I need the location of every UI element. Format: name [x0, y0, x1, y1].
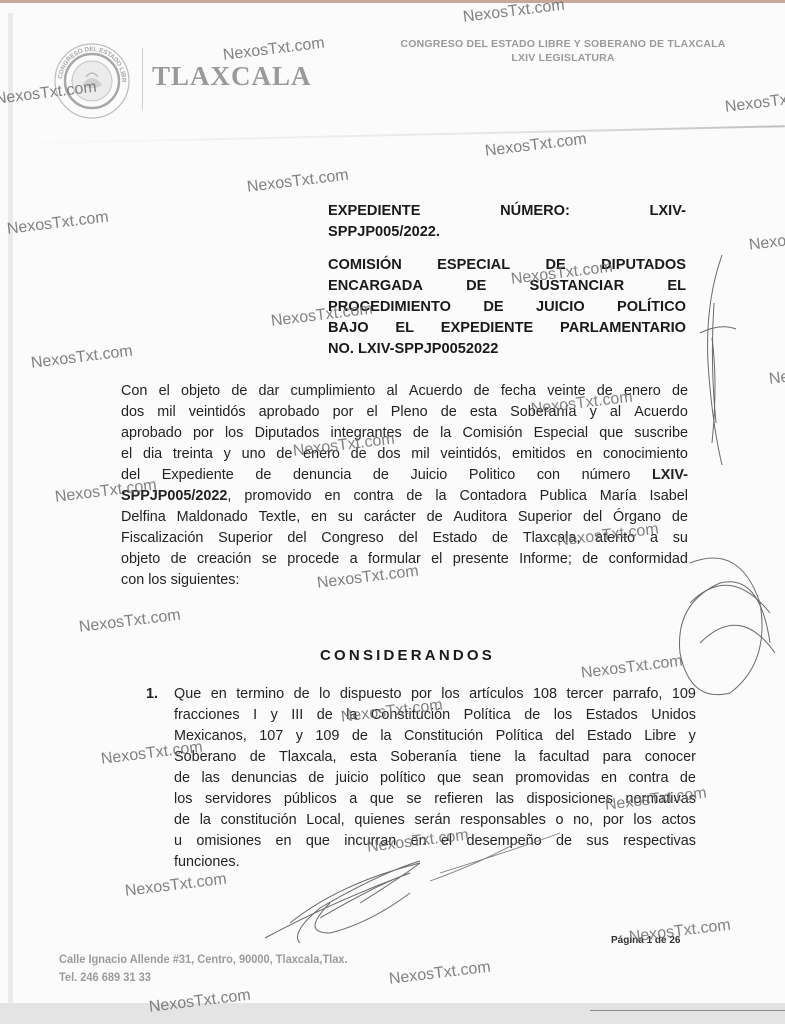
paragraph-line: DelfinaMaldonadoTextle,ensucarácterdeAud… [121, 507, 688, 528]
paragraph-line: dosmilveintidósaprobadoporelPlenodeestaS… [121, 402, 688, 423]
item-line: Mexicanos,107y109delaConstituciónPolític… [174, 726, 696, 747]
document-page: CONGRESO DEL ESTADO LIBRE Y SOBERANO TLA… [0, 3, 785, 1003]
paragraph-line: ConelobjetodedarcumplimientoalAcuerdodef… [121, 381, 688, 402]
footer-phone: Tel. 246 689 31 33 [59, 968, 348, 986]
item-line: fraccionesIyIIIdelaConstituciónPolíticad… [174, 705, 696, 726]
watermark: NexosTxt.com [30, 343, 134, 373]
watermark: NexosTxt.com [768, 359, 785, 389]
item-line: losservidorespúblicosaqueserefierenlasdi… [174, 789, 696, 810]
brand-title: TLAXCALA [152, 61, 312, 92]
institution-line-1: CONGRESO DEL ESTADO LIBRE Y SOBERANO DE … [373, 37, 753, 51]
paragraph-line: eldiatreintayunodeenerodedosmilveintidós… [121, 444, 688, 465]
institution-line-2: LXIV LEGISLATURA [373, 51, 753, 65]
case-heading: EXPEDIENTE NÚMERO: LXIV- SPPJP005/2022. … [328, 201, 686, 360]
watermark: NexosTxt.com [246, 167, 350, 197]
watermark: NexosTxt.com [462, 0, 566, 27]
item-text: Queenterminodelodispuestoporlosartículos… [174, 684, 696, 873]
institution-name: CONGRESO DEL ESTADO LIBRE Y SOBERANO DE … [373, 37, 753, 65]
footer-address: Calle Ignacio Allende #31, Centro, 90000… [59, 950, 348, 968]
paragraph-line: FiscalizaciónSuperiordelCongresodelEstad… [121, 528, 688, 549]
bottom-background: NexosTxt.com [0, 1003, 785, 1024]
considerando-item: 1. Queenterminodelodispuestoporlosartícu… [148, 684, 696, 873]
item-line: funciones. [174, 852, 696, 873]
paragraph-line: delExpedientededenunciadeJuicioPoliticoc… [121, 465, 688, 486]
item-line: Queenterminodelodispuestoporlosartículos… [174, 684, 696, 705]
paragraph-line: con los siguientes: [121, 570, 688, 591]
watermark: NexosTxt.com [6, 209, 110, 239]
congress-seal-icon: CONGRESO DEL ESTADO LIBRE Y SOBERANO [52, 41, 132, 121]
section-title: CONSIDERANDOS [0, 647, 785, 664]
watermark: NexosTxt.com [484, 131, 588, 161]
page-edge [8, 13, 13, 1003]
expediente-number: SPPJP005/2022. [328, 222, 686, 243]
page-number: Página 1 de 26 [611, 935, 680, 946]
watermark: NexosTxt.com [124, 871, 228, 901]
commission-line: COMISIÓNESPECIALDEDIPUTADOS [328, 255, 686, 276]
commission-line: BAJOELEXPEDIENTEPARLAMENTARIO [328, 318, 686, 339]
watermark: NexosTxt.com [748, 225, 785, 255]
item-line: uomisionesenqueincurraneneldesempeñodesu… [174, 831, 696, 852]
watermark: NexosTxt.com [388, 959, 492, 989]
footer-address-block: Calle Ignacio Allende #31, Centro, 90000… [59, 950, 348, 986]
watermark: NexosTxt.com [724, 87, 785, 117]
expediente-line: EXPEDIENTE NÚMERO: LXIV- [328, 201, 686, 222]
item-line: delasdenunciasdejuiciopolíticoqueseanpro… [174, 768, 696, 789]
commission-line: ENCARGADADESUSTANCIAREL [328, 276, 686, 297]
item-line: SoberanodeTlaxcala,estaSoberaníatienelaf… [174, 747, 696, 768]
watermark: NexosTxt.com [78, 607, 182, 637]
paragraph-line: aprobadoporlosDiputadosintegrantesdelaCo… [121, 423, 688, 444]
header-divider [142, 48, 143, 110]
paragraph-line: objetodecreaciónseprocedeaformularelpres… [121, 549, 688, 570]
page-bottom-rule [590, 1010, 785, 1011]
paper-fold-shadow [0, 125, 785, 145]
item-number: 1. [146, 684, 158, 705]
paragraph-line: SPPJP005/2022,promovidoencontradelaConta… [121, 486, 688, 507]
commission-line: PROCEDIMIENTODEJUICIOPOLÍTICO [328, 297, 686, 318]
intro-paragraph: ConelobjetodedarcumplimientoalAcuerdodef… [121, 381, 688, 591]
item-line: delaconstituciónLocal,quienesseránrespon… [174, 810, 696, 831]
commission-line: NO. LXIV-SPPJP0052022 [328, 339, 686, 360]
